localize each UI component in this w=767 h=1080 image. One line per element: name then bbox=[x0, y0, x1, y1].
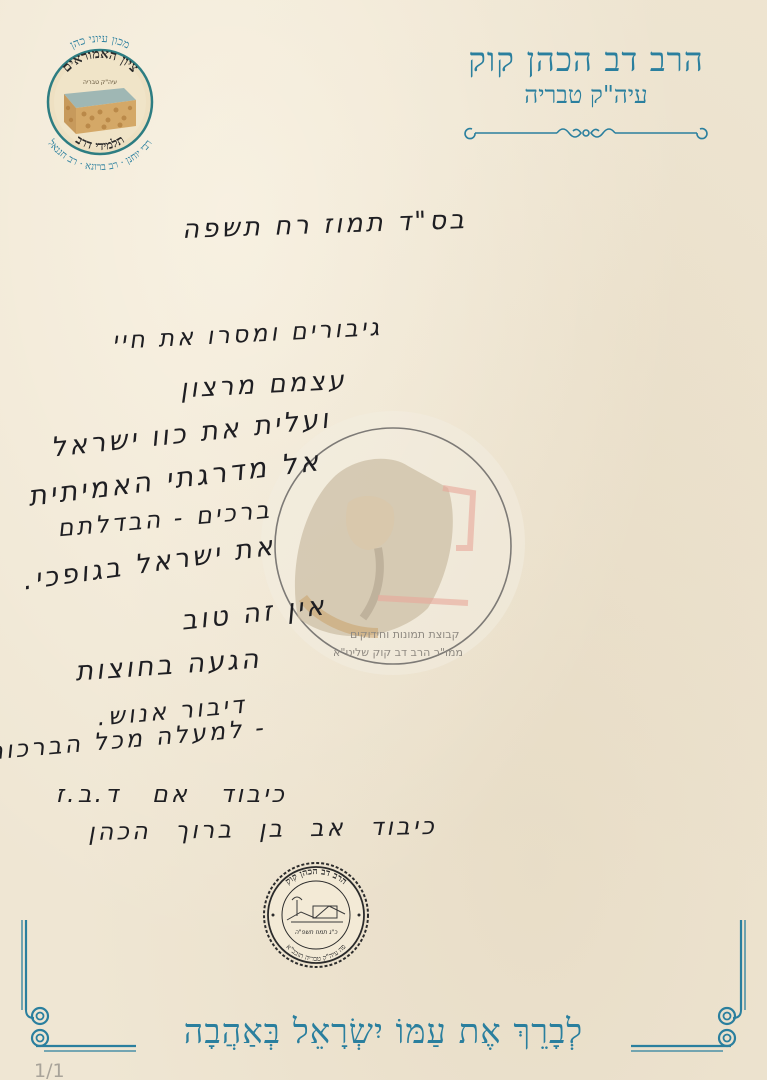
bottom-frame-ornament bbox=[0, 910, 767, 1080]
letter-line-1: גיבורים ומסרו את חיי bbox=[111, 313, 382, 355]
footer-motto: לְבָרֵךְ אֶת עַמּוֹ יִשְׂרָאֵל בְּאַהֲבָ… bbox=[0, 1012, 767, 1052]
letter-line-11: כיבוד אם ד.ב.ז bbox=[56, 780, 287, 808]
letter-line-2: עצמם מרצון bbox=[180, 366, 348, 405]
letter-line-8: הגעה בחוצות bbox=[75, 644, 263, 688]
handwritten-letter: בס"ד תמוז רח תשפה גיבורים ומסרו את חיי ע… bbox=[0, 0, 767, 880]
letter-line-7: אין זה טוב bbox=[180, 590, 329, 636]
letter-date-line: בס"ד תמוז רח תשפה bbox=[181, 205, 467, 245]
letter-line-12: כיבוד אב בן ברוך הכהן bbox=[88, 812, 437, 846]
letter-page: מכון עיוני כהן ציון האמוראים עיה"ק טבריה… bbox=[0, 0, 767, 1080]
page-indicator: 1/1 bbox=[34, 1060, 65, 1080]
